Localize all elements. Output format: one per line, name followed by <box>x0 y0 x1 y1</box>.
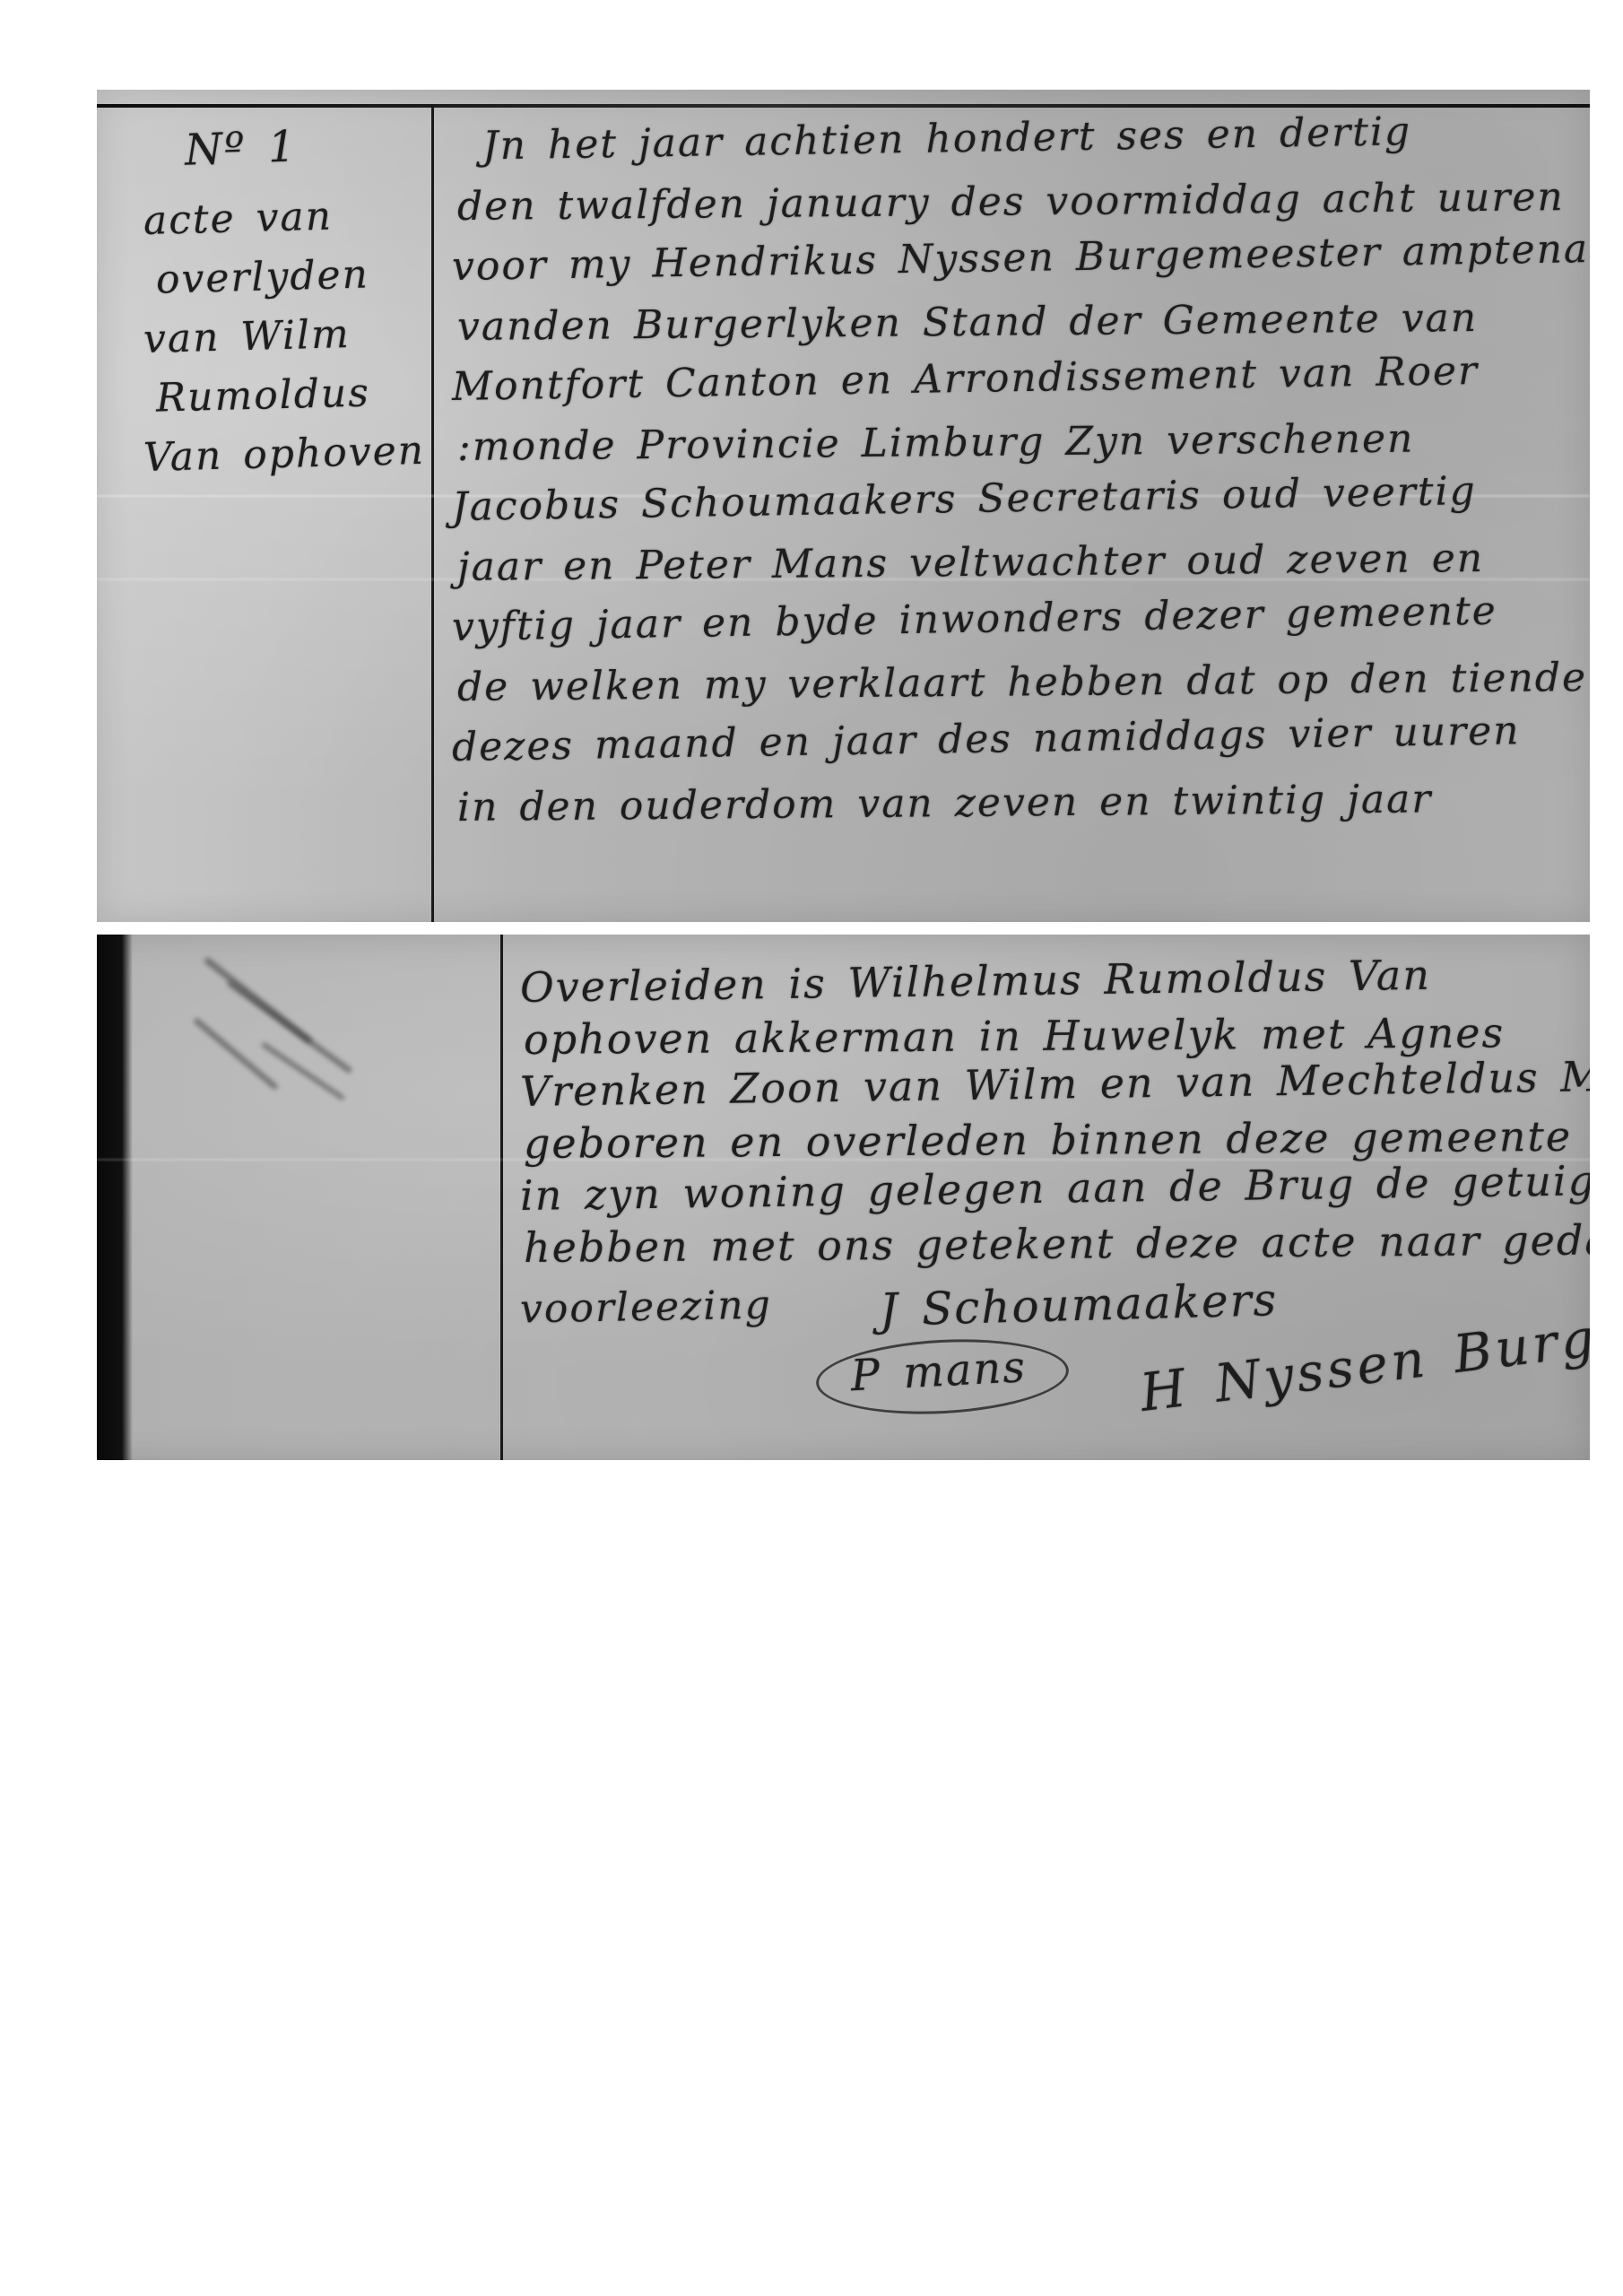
scan-fragment-bottom: Overleiden is Wilhelmus Rumoldus Van oph… <box>97 935 1590 1460</box>
act-number: Nº 1 <box>143 117 422 178</box>
closing-word: voorleezing <box>520 1283 773 1333</box>
body-line: hebben met ons getekent deze acte naar g… <box>524 1214 1586 1274</box>
body-line: in den ouderdom van zeven en twintig jaa… <box>457 768 1589 838</box>
margin-line: overlyden <box>143 244 422 310</box>
scanned-document-page: Nº 1 acte van overlyden van Wilm Rumoldu… <box>0 0 1623 2296</box>
ink-smudge <box>261 1042 345 1101</box>
film-edge-strip <box>97 935 133 1460</box>
margin-line: Van ophoven <box>143 422 422 488</box>
margin-line: Rumoldus <box>143 362 422 429</box>
act-body-text: Jn het jaar achtien hondert ses en derti… <box>452 117 1583 838</box>
body-line: Jn het jaar achtien hondert ses en derti… <box>451 99 1583 177</box>
ink-smudge <box>193 1017 279 1091</box>
column-divider <box>431 104 434 922</box>
margin-line: van Wilm <box>143 303 422 370</box>
signature-schoumaakers: J Schoumaakers <box>879 1274 1279 1336</box>
column-divider <box>500 935 503 1460</box>
margin-line: acte van <box>143 185 422 251</box>
signature-mans: P mans <box>814 1334 1071 1421</box>
scan-fragment-top: Nº 1 acte van overlyden van Wilm Rumoldu… <box>97 90 1590 922</box>
margin-annotation: Nº 1 acte van overlyden van Wilm Rumoldu… <box>143 122 421 484</box>
body-line: Overleiden is Wilhelmus Rumoldus Van <box>520 946 1584 1013</box>
